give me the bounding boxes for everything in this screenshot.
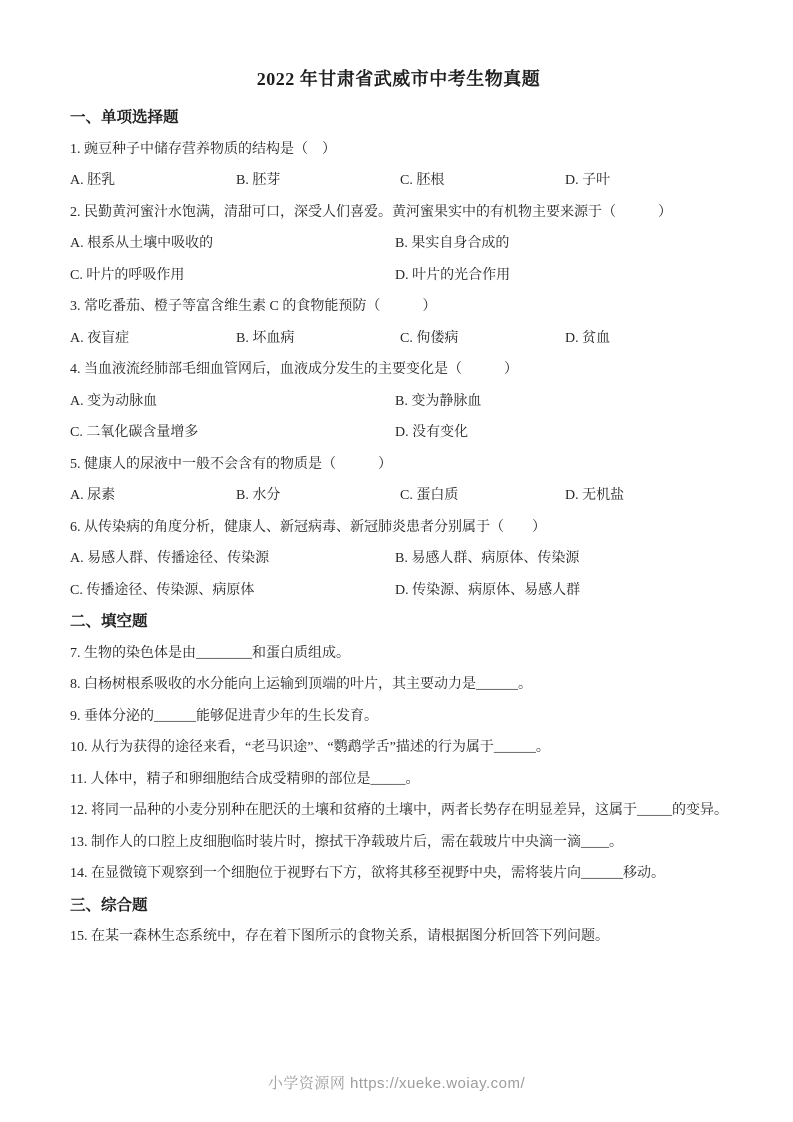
exam-page: 2022 年甘肃省武威市中考生物真题 一、单项选择题 1. 豌豆种子中储存营养物… bbox=[0, 0, 793, 1122]
question-1-option-c: C. 胚根 bbox=[400, 165, 565, 197]
question-2-option-a: A. 根系从土壤中吸收的 bbox=[70, 228, 395, 260]
question-4-option-c: C. 二氧化碳含量增多 bbox=[70, 417, 395, 449]
question-4-option-d: D. 没有变化 bbox=[395, 417, 727, 449]
question-11: 11. 人体中，精子和卵细胞结合成受精卵的部位是_____。 bbox=[70, 764, 727, 796]
question-1: 1. 豌豆种子中储存营养物质的结构是（ ） bbox=[70, 134, 727, 166]
question-12: 12. 将同一品种的小麦分别种在肥沃的土壤和贫瘠的土壤中，两者长势存在明显差异，… bbox=[70, 795, 727, 827]
section-2-heading: 二、填空题 bbox=[70, 606, 727, 638]
question-6-options-row-2: C. 传播途径、传染源、病原体 D. 传染源、病原体、易感人群 bbox=[70, 575, 727, 607]
section-3-heading: 三、综合题 bbox=[70, 890, 727, 922]
question-7: 7. 生物的染色体是由________和蛋白质组成。 bbox=[70, 638, 727, 670]
question-3-option-a: A. 夜盲症 bbox=[70, 323, 236, 355]
question-3-option-b: B. 坏血病 bbox=[236, 323, 400, 355]
question-5-option-d: D. 无机盐 bbox=[565, 480, 727, 512]
question-6-options-row-1: A. 易感人群、传播途径、传染源 B. 易感人群、病原体、传染源 bbox=[70, 543, 727, 575]
question-15: 15. 在某一森林生态系统中，存在着下图所示的食物关系，请根据图分析回答下列问题… bbox=[70, 921, 727, 953]
question-5: 5. 健康人的尿液中一般不会含有的物质是（ ） bbox=[70, 449, 727, 481]
question-4-option-a: A. 变为动脉血 bbox=[70, 386, 395, 418]
question-3-option-d: D. 贫血 bbox=[565, 323, 727, 355]
question-3-option-c: C. 佝偻病 bbox=[400, 323, 565, 355]
question-2-option-c: C. 叶片的呼吸作用 bbox=[70, 260, 395, 292]
page-title: 2022 年甘肃省武威市中考生物真题 bbox=[70, 66, 727, 92]
question-13: 13. 制作人的口腔上皮细胞临时装片时，擦拭干净载玻片后，需在载玻片中央滴一滴_… bbox=[70, 827, 727, 859]
question-6-option-c: C. 传播途径、传染源、病原体 bbox=[70, 575, 395, 607]
question-2-options-row-2: C. 叶片的呼吸作用 D. 叶片的光合作用 bbox=[70, 260, 727, 292]
question-2-option-b: B. 果实自身合成的 bbox=[395, 228, 727, 260]
question-1-options: A. 胚乳 B. 胚芽 C. 胚根 D. 子叶 bbox=[70, 165, 727, 197]
page-content: 2022 年甘肃省武威市中考生物真题 一、单项选择题 1. 豌豆种子中储存营养物… bbox=[0, 0, 793, 953]
question-2-option-d: D. 叶片的光合作用 bbox=[395, 260, 727, 292]
question-6: 6. 从传染病的角度分析，健康人、新冠病毒、新冠肺炎患者分别属于（ ） bbox=[70, 512, 727, 544]
question-2: 2. 民勤黄河蜜汁水饱满，清甜可口，深受人们喜爱。黄河蜜果实中的有机物主要来源于… bbox=[70, 197, 727, 229]
footer-site-text: 小学资源网 https://xueke.woiay.com/ bbox=[268, 1075, 525, 1092]
question-5-option-a: A. 尿素 bbox=[70, 480, 236, 512]
question-9: 9. 垂体分泌的______能够促进青少年的生长发育。 bbox=[70, 701, 727, 733]
question-4-options-row-2: C. 二氧化碳含量增多 D. 没有变化 bbox=[70, 417, 727, 449]
question-6-option-d: D. 传染源、病原体、易感人群 bbox=[395, 575, 727, 607]
section-1-heading: 一、单项选择题 bbox=[70, 102, 727, 134]
question-3: 3. 常吃番茄、橙子等富含维生素 C 的食物能预防（ ） bbox=[70, 291, 727, 323]
question-3-options: A. 夜盲症 B. 坏血病 C. 佝偻病 D. 贫血 bbox=[70, 323, 727, 355]
question-6-option-a: A. 易感人群、传播途径、传染源 bbox=[70, 543, 395, 575]
question-10: 10. 从行为获得的途径来看，“老马识途”、“鹦鹉学舌”描述的行为属于_____… bbox=[70, 732, 727, 764]
footer: 小学资源网 https://xueke.woiay.com/ bbox=[0, 1074, 793, 1094]
question-4-options-row-1: A. 变为动脉血 B. 变为静脉血 bbox=[70, 386, 727, 418]
question-5-option-c: C. 蛋白质 bbox=[400, 480, 565, 512]
question-2-options-row-1: A. 根系从土壤中吸收的 B. 果实自身合成的 bbox=[70, 228, 727, 260]
question-1-option-d: D. 子叶 bbox=[565, 165, 727, 197]
question-1-option-a: A. 胚乳 bbox=[70, 165, 236, 197]
question-5-option-b: B. 水分 bbox=[236, 480, 400, 512]
question-1-option-b: B. 胚芽 bbox=[236, 165, 400, 197]
question-4: 4. 当血液流经肺部毛细血管网后，血液成分发生的主要变化是（ ） bbox=[70, 354, 727, 386]
question-5-options: A. 尿素 B. 水分 C. 蛋白质 D. 无机盐 bbox=[70, 480, 727, 512]
question-8: 8. 白杨树根系吸收的水分能向上运输到顶端的叶片，其主要动力是______。 bbox=[70, 669, 727, 701]
question-4-option-b: B. 变为静脉血 bbox=[395, 386, 727, 418]
question-6-option-b: B. 易感人群、病原体、传染源 bbox=[395, 543, 727, 575]
question-14: 14. 在显微镜下观察到一个细胞位于视野右下方，欲将其移至视野中央，需将装片向_… bbox=[70, 858, 727, 890]
